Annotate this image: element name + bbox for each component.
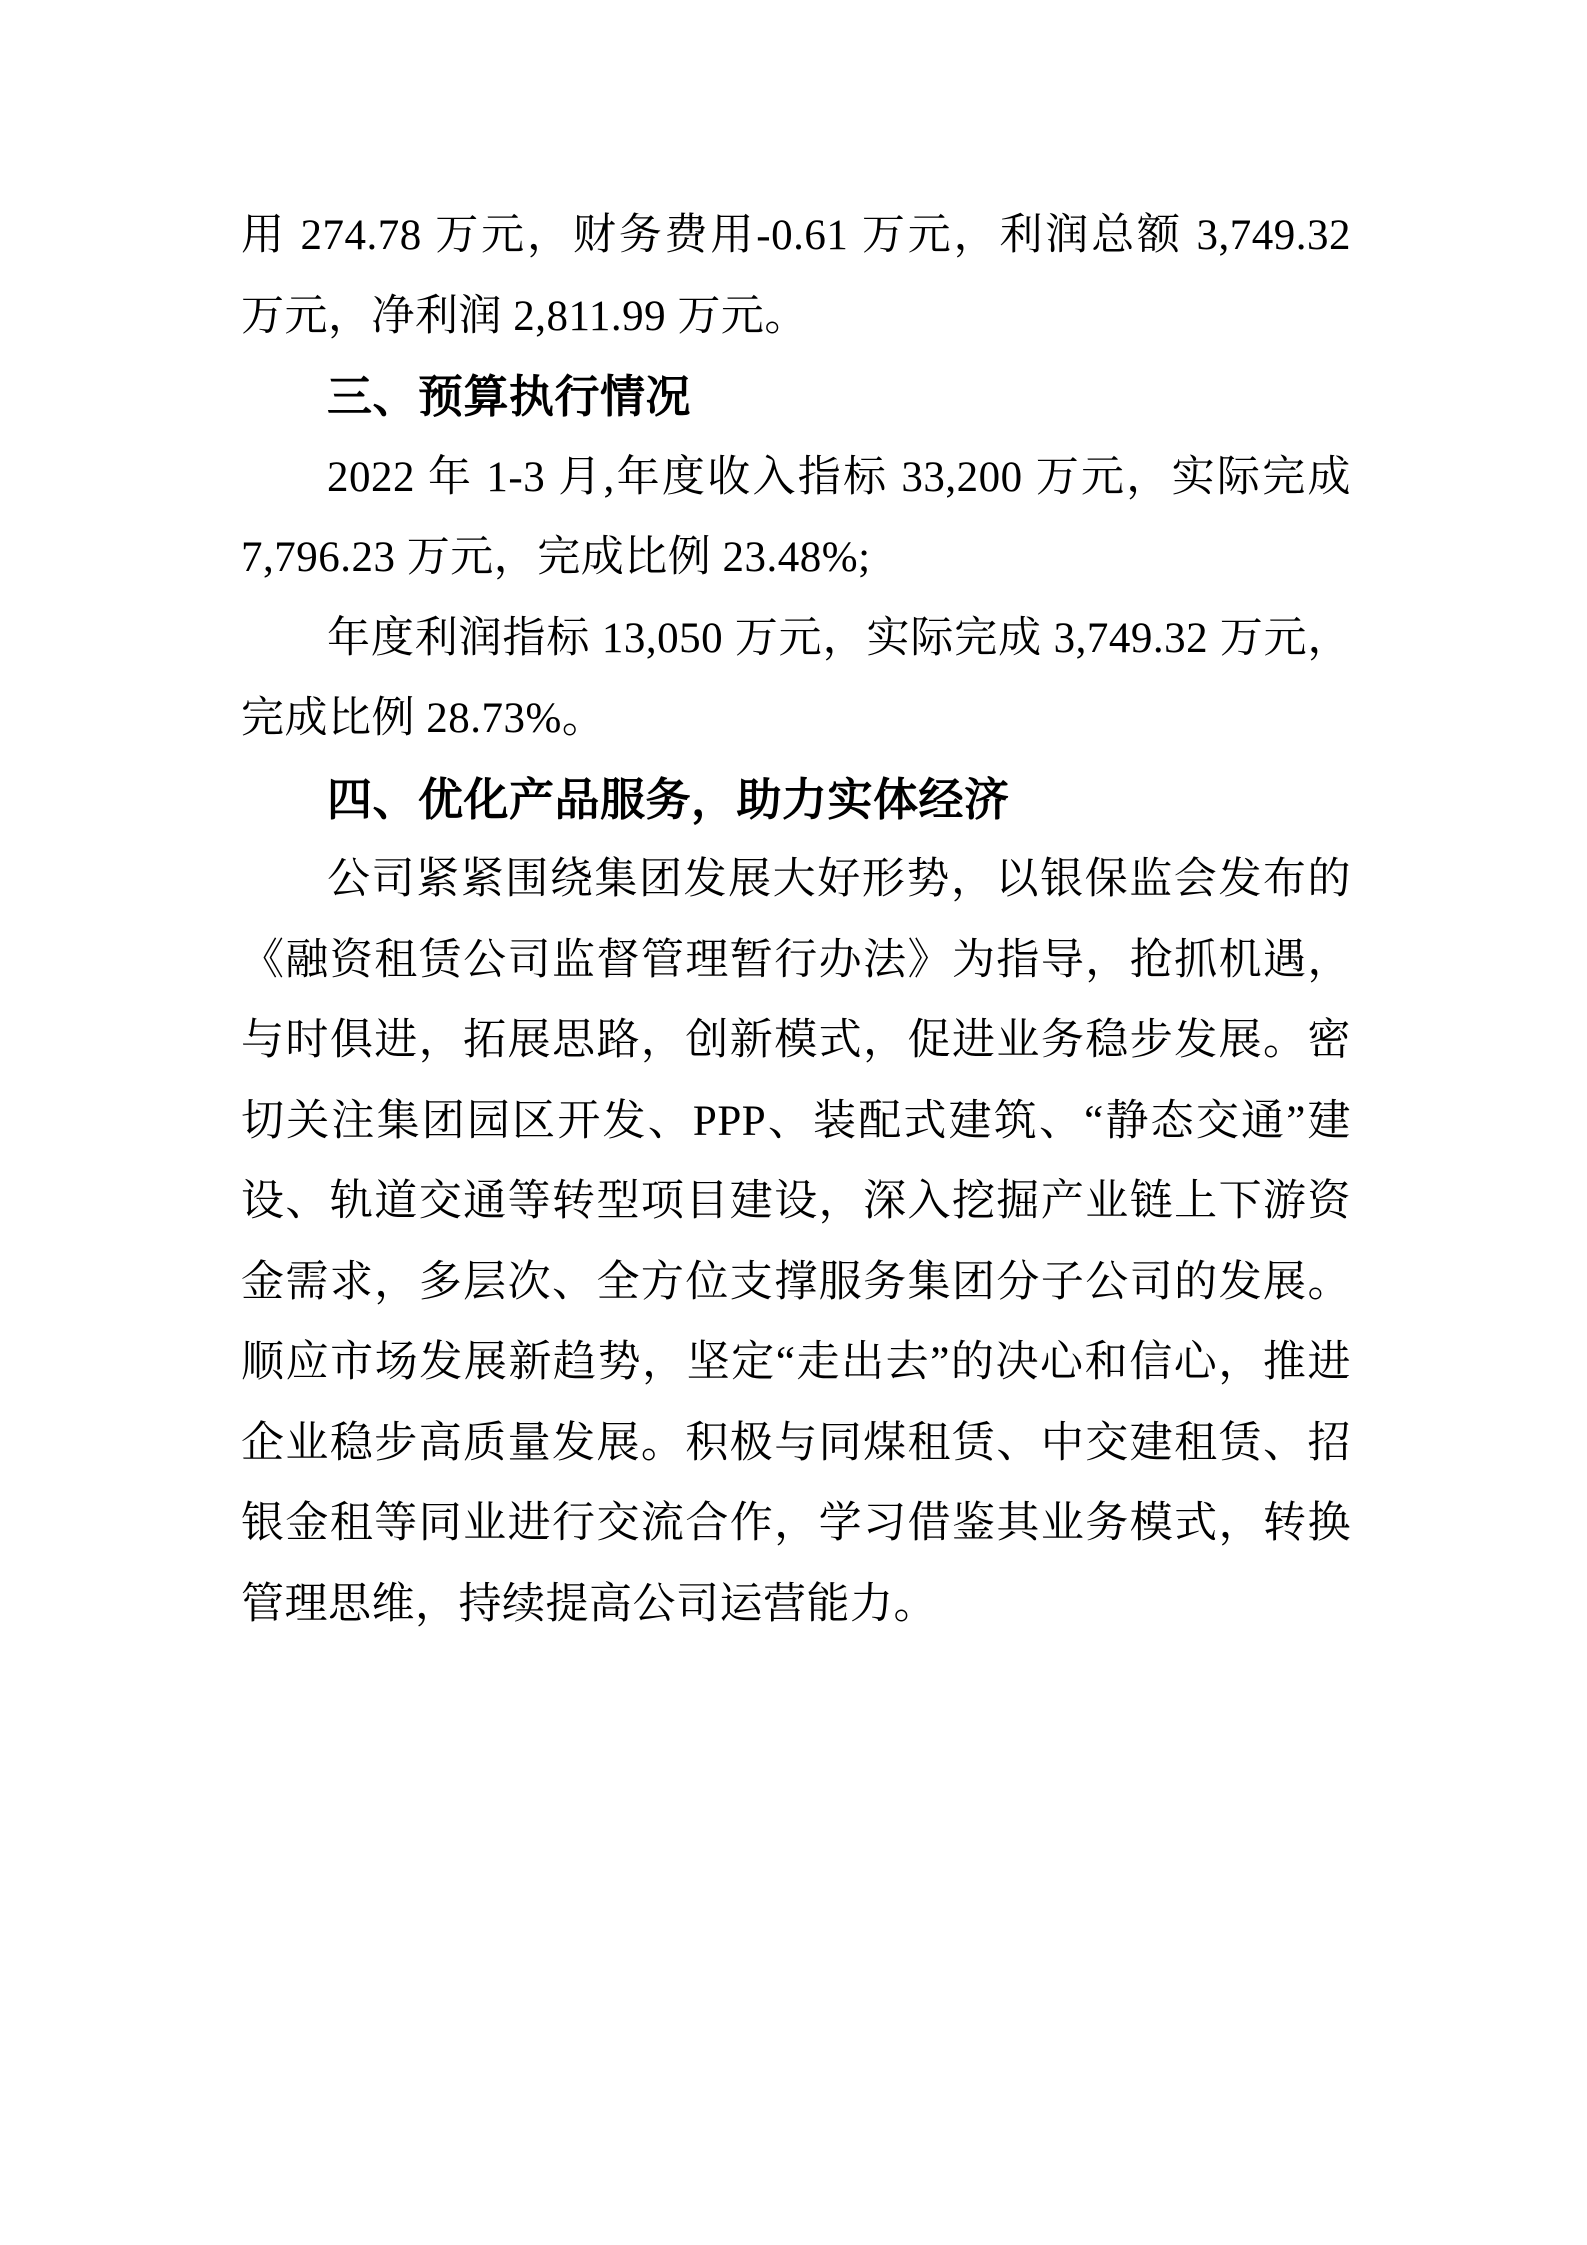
document-content: 用 274.78 万元，财务费用-0.61 万元，利润总额 3,749.32 万… [241, 196, 1351, 1645]
body-paragraph-profit: 年度利润指标 13,050 万元，实际完成 3,749.32 万元，完成比例 2… [241, 599, 1351, 760]
document-page: 用 274.78 万元，财务费用-0.61 万元，利润总额 3,749.32 万… [0, 0, 1587, 2245]
section-heading-4: 四、优化产品服务，助力实体经济 [241, 760, 1351, 841]
body-paragraph-business: 公司紧紧围绕集团发展大好形势，以银保监会发布的《融资租赁公司监督管理暂行办法》为… [241, 840, 1351, 1645]
section-heading-3: 三、预算执行情况 [241, 357, 1351, 438]
body-paragraph-revenue: 2022 年 1-3 月,年度收入指标 33,200 万元，实际完成 7,796… [241, 438, 1351, 599]
body-paragraph-continuation: 用 274.78 万元，财务费用-0.61 万元，利润总额 3,749.32 万… [241, 196, 1351, 357]
